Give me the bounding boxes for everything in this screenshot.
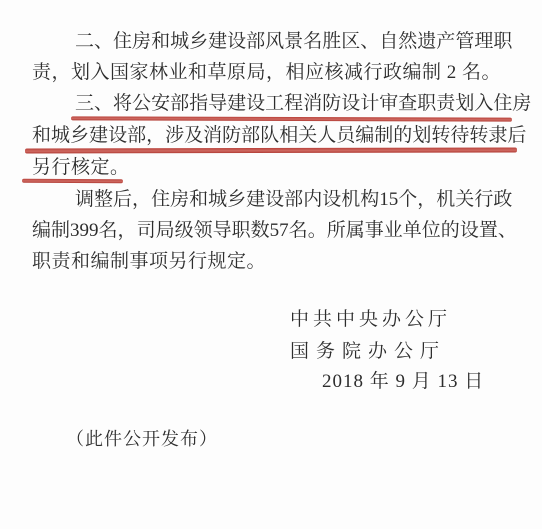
- paragraph2-line2: 责，划入国家林业和草原局，相应核减行政编制 2 名。: [32, 62, 501, 84]
- red-underline-1: [71, 116, 512, 121]
- paragraph2-line1: 二、住房和城乡建设部风景名胜区、自然遗产管理职: [75, 31, 511, 53]
- paragraph4-line1: 调整后，住房和城乡建设部内设机构15个，机关行政: [75, 189, 511, 211]
- red-underline-2: [25, 147, 517, 153]
- paragraph4-line2: 编制399名，司局级领导职数57名。所属事业单位的设置、: [32, 220, 512, 242]
- paragraph3-line1: 三、将公安部指导建设工程消防设计审查职责划入住房: [75, 93, 511, 115]
- document-page: 二、住房和城乡建设部风景名胜区、自然遗产管理职 责，划入国家林业和草原局，相应核…: [0, 0, 542, 529]
- red-underline-3: [22, 179, 123, 184]
- paragraph3-line2: 和城乡建设部，涉及消防部队相关人员编制的划转待转隶后: [32, 125, 512, 147]
- paragraph4-line3: 职责和编制事项另行规定。: [32, 251, 266, 273]
- signature-org-central-committee: 中共中央办公厅: [290, 309, 451, 331]
- paragraph3-line3: 另行核定。: [32, 157, 130, 179]
- signature-org-state-council: 国务院办公厅: [290, 341, 446, 363]
- signature-date: 2018 年 9 月 13 日: [322, 371, 484, 393]
- public-release-note: （此件公开发布）: [66, 428, 218, 450]
